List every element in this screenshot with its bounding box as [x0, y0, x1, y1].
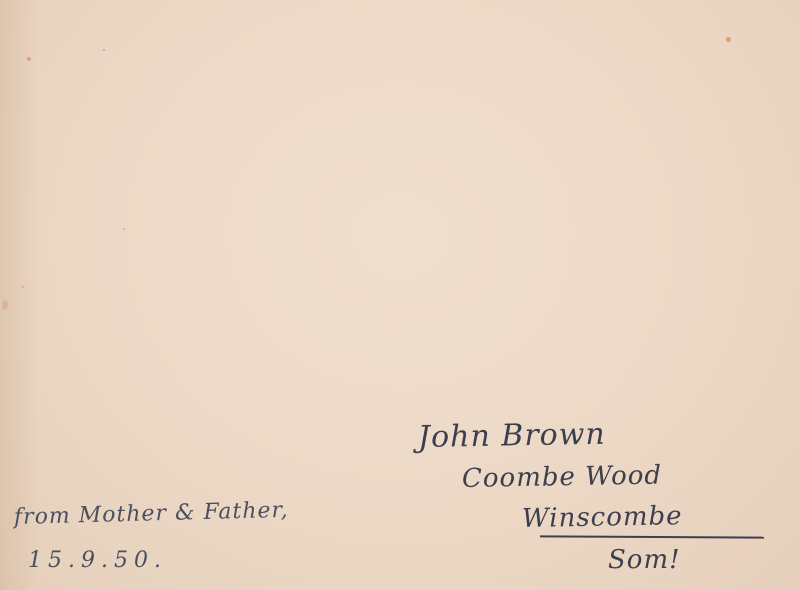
town-underline	[540, 535, 764, 538]
paper-foxing-spot	[2, 300, 8, 310]
address-street: Coombe Wood	[462, 461, 663, 494]
paper-foxing-spot	[27, 57, 31, 61]
paper-foxing-spot	[103, 49, 105, 51]
owner-name: John Brown	[418, 417, 606, 455]
address-county: Som!	[608, 545, 681, 575]
gift-inscription: from Mother & Father,	[14, 498, 289, 530]
paper-foxing-spot	[22, 286, 24, 288]
address-town: Winscombe	[522, 501, 683, 534]
book-flyleaf-page: John Brown Coombe Wood Winscombe Som! fr…	[0, 0, 800, 590]
paper-foxing-spot	[123, 228, 125, 230]
gift-date: 15.9.50.	[28, 548, 167, 573]
paper-foxing-spot	[726, 37, 731, 42]
